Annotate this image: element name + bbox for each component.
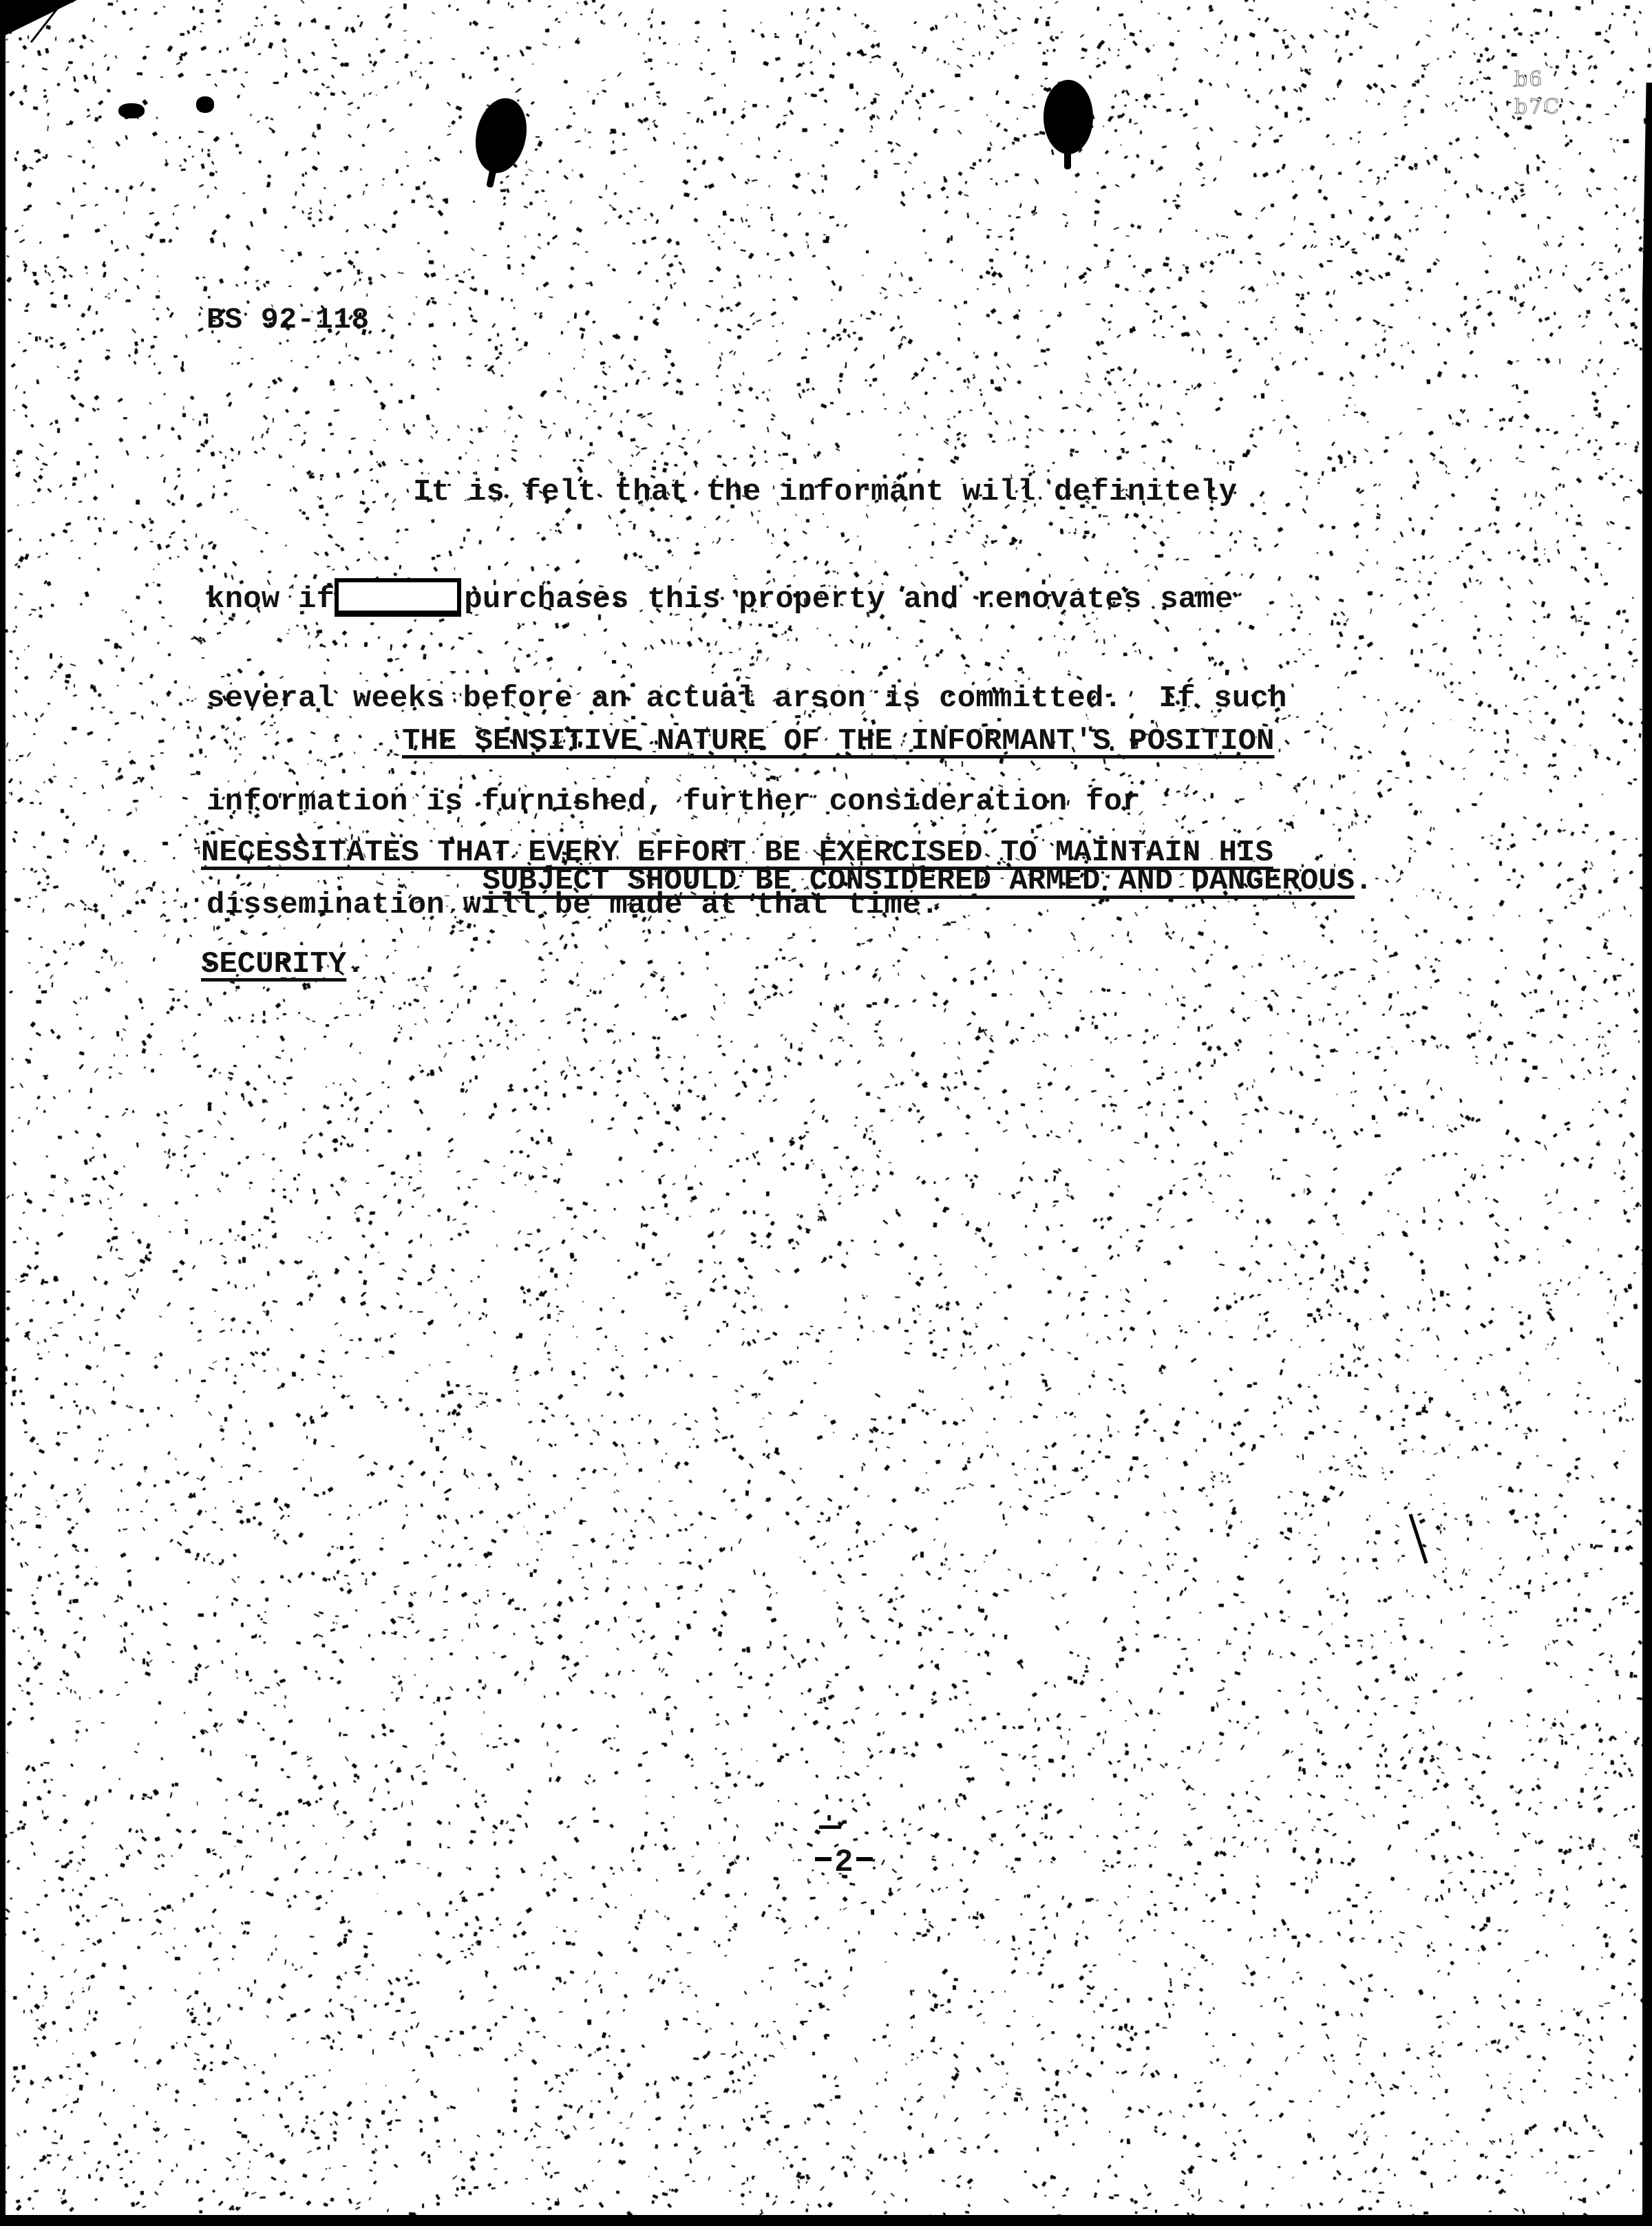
page-number: 2 xyxy=(812,1845,876,1880)
foia-exemption-stamp: b6 b7C xyxy=(1514,66,1560,121)
caution-punctuation: . xyxy=(346,947,364,982)
stray-dash-mark xyxy=(819,1825,841,1829)
page-number-value: 2 xyxy=(834,1845,854,1880)
scan-border-bottom xyxy=(0,2215,1652,2226)
armed-and-dangerous-warning: SUBJECT SHOULD BE CONSIDERED ARMED AND D… xyxy=(410,829,1373,933)
paragraph-line: It is felt that the informant will defin… xyxy=(413,475,1237,509)
paragraph-line: know if xyxy=(206,582,335,617)
punch-hole-right xyxy=(1044,80,1093,154)
exemption-code: b6 xyxy=(1514,66,1560,94)
warning-punctuation: . xyxy=(1355,864,1373,898)
scan-border-right xyxy=(1642,83,1652,2226)
warning-text: SUBJECT SHOULD BE CONSIDERED ARMED AND D… xyxy=(483,864,1355,898)
file-number: BS 92-118 xyxy=(206,303,370,337)
punch-hole-left xyxy=(469,94,533,178)
redaction-box xyxy=(335,578,461,617)
caution-line: SECURITY xyxy=(201,947,346,982)
caution-line: THE SENSITIVE NATURE OF THE INFORMANT'S … xyxy=(402,724,1274,759)
ink-smudge xyxy=(118,103,145,118)
scanned-document-page: b6 b7C BS 92-118 It is felt that the inf… xyxy=(0,0,1652,2226)
exemption-code: b7C xyxy=(1514,94,1560,121)
paragraph-line: purchases this property and renovates sa… xyxy=(464,582,1233,617)
ink-smudge xyxy=(196,96,214,113)
scan-border-left xyxy=(0,0,6,2226)
stray-pen-mark xyxy=(1409,1514,1428,1564)
